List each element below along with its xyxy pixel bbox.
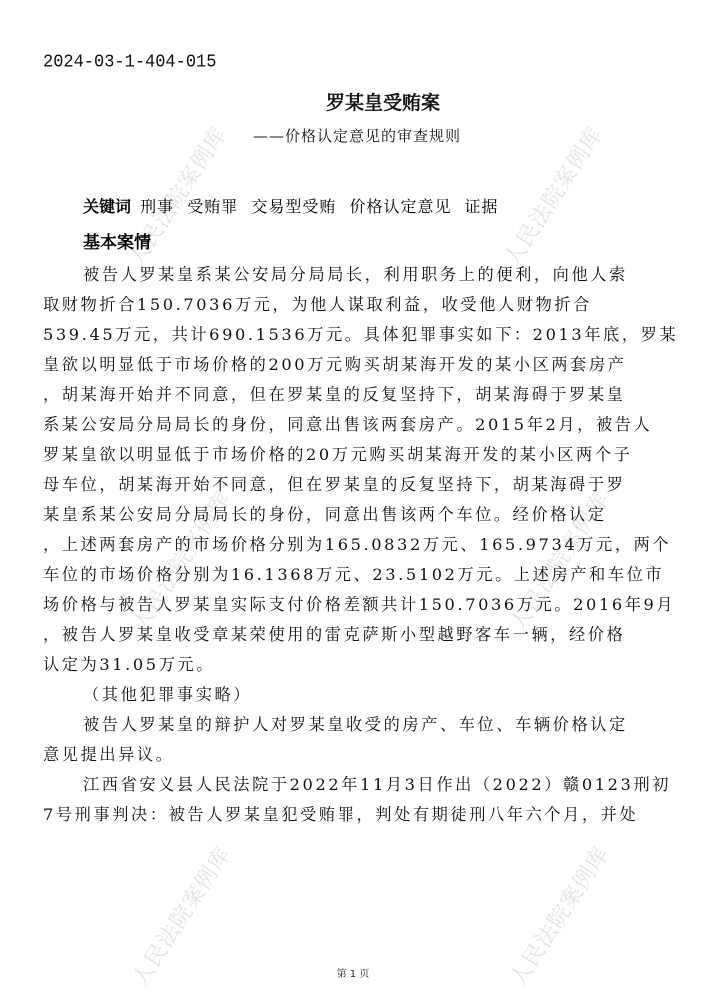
keywords-label: 关键词	[83, 197, 131, 216]
keyword-tag: 交易型受贿	[251, 197, 336, 216]
body-line: 被告人罗某皇的辩护人对罗某皇收受的房产、车位、车辆价格认定	[43, 710, 663, 740]
body-line: 皇欲以明显低于市场价格的200万元购买胡某海开发的某小区两套房产	[43, 350, 663, 380]
body-line: 被告人罗某皇系某公安局分局局长，利用职务上的便利，向他人索	[43, 260, 663, 290]
keyword-tag: 证据	[465, 197, 499, 216]
body-line: ，被告人罗某皇收受章某荣使用的雷克萨斯小型越野客车一辆，经价格	[43, 620, 663, 650]
body-line: 539.45万元，共计690.1536万元。具体犯罪事实如下：2013年底，罗某	[43, 320, 663, 350]
keywords-line: 关键词 刑事 受贿罪 交易型受贿 价格认定意见 证据	[83, 196, 507, 218]
body-line: 7号刑事判决：被告人罗某皇犯受贿罪，判处有期徒刑八年六个月，并处	[43, 800, 663, 830]
page-subtitle: ——价格认定意见的审查规则	[253, 125, 461, 146]
body-line: 认定为31.05万元。	[43, 650, 663, 680]
body-line: （其他犯罪事实略）	[43, 680, 663, 710]
body-line: 母车位，胡某海开始不同意，但在罗某皇的反复坚持下，胡某海碍于罗	[43, 470, 663, 500]
body-line: ，胡某海开始并不同意，但在罗某皇的反复坚持下，胡某海碍于罗某皇	[43, 380, 663, 410]
page-title: 罗某皇受贿案	[0, 88, 706, 115]
body-line: 意见提出异议。	[43, 740, 663, 770]
case-number: 2024-03-1-404-015	[43, 52, 216, 73]
watermark: 人民法院案例库	[496, 120, 610, 272]
body-line: 江西省安义县人民法院于2022年11月3日作出（2022）赣0123刑初	[43, 770, 663, 800]
body-text: 被告人罗某皇系某公安局分局局长，利用职务上的便利，向他人索 取财物折合150.7…	[43, 260, 663, 830]
body-line: ，上述两套房产的市场价格分别为165.0832万元、165.9734万元，两个	[43, 530, 663, 560]
body-line: 某皇系某公安局分局局长的身份，同意出售该两个车位。经价格认定	[43, 500, 663, 530]
page-number: 第 1 页	[0, 965, 706, 980]
keyword-tag: 价格认定意见	[349, 197, 451, 216]
body-line: 罗某皇欲以明显低于市场价格的20万元购买胡某海开发的某小区两个子	[43, 440, 663, 470]
body-line: 取财物折合150.7036万元，为他人谋取利益，收受他人财物折合	[43, 290, 663, 320]
keyword-tag: 刑事	[140, 197, 174, 216]
body-line: 系某公安局分局局长的身份，同意出售该两套房产。2015年2月，被告人	[43, 410, 663, 440]
keyword-tag: 受贿罪	[187, 197, 238, 216]
body-line: 场价格与被告人罗某皇实际支付价格差额共计150.7036万元。2016年9月	[43, 590, 663, 620]
body-line: 车位的市场价格分别为16.1368万元、23.5102万元。上述房产和车位市	[43, 560, 663, 590]
document-page: 人民法院案例库 人民法院案例库 人民法院案例库 人民法院案例库 人民法院案例库 …	[0, 0, 706, 999]
section-heading-basic-facts: 基本案情	[83, 228, 151, 253]
